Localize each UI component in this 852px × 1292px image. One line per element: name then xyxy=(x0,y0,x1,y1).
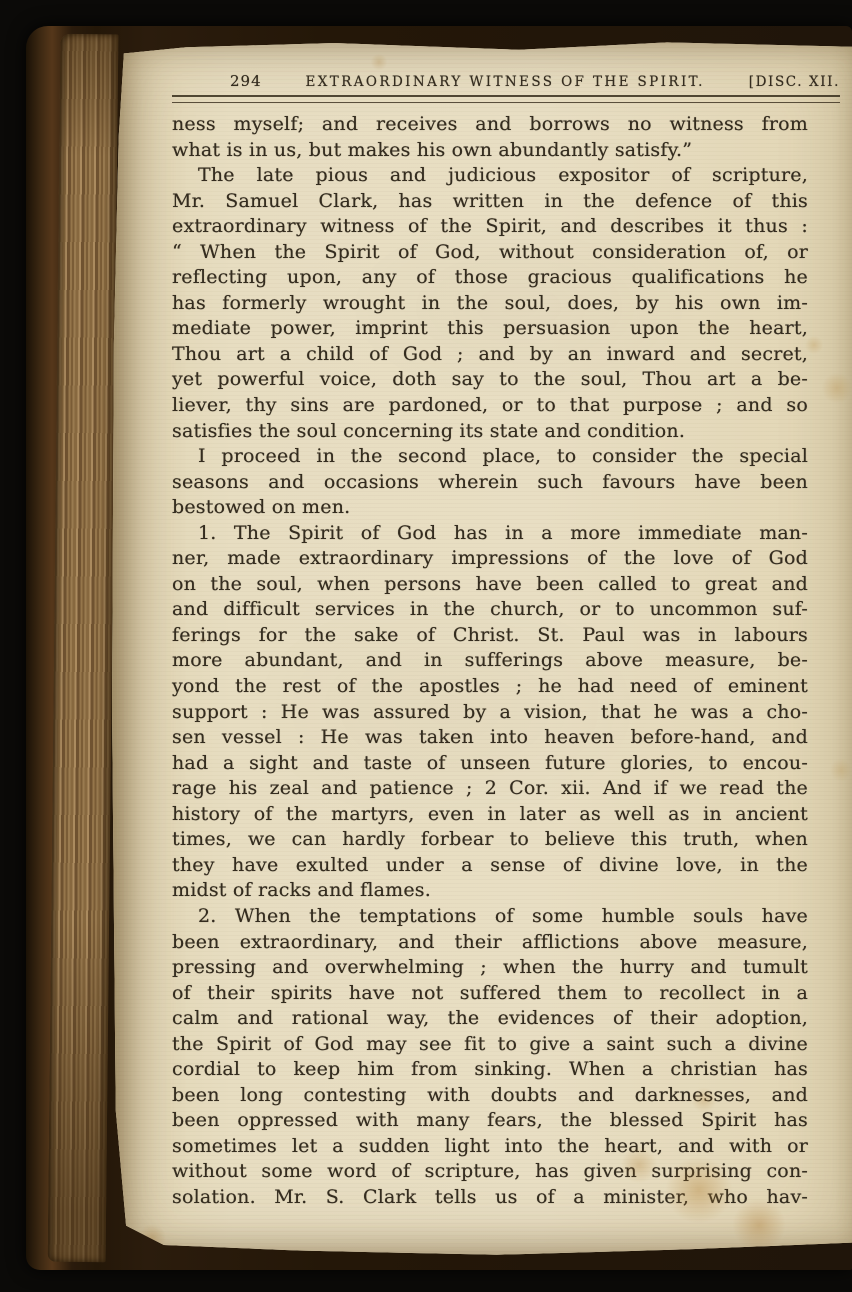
text-line: bestowed on men. xyxy=(172,495,808,521)
running-header: EXTRAORDINARY WITNESS OF THE SPIRIT. xyxy=(262,74,749,90)
text-line: been oppressed with many fears, the bles… xyxy=(172,1108,808,1134)
text-line: ner, made extraordinary impressions of t… xyxy=(172,546,808,572)
paragraph: 1. The Spirit of God has in a more immed… xyxy=(172,521,808,904)
text-line: Thou art a child of God ; and by an inwa… xyxy=(172,342,808,368)
text-line: The late pious and judicious expositor o… xyxy=(172,163,808,189)
text-line: reflecting upon, any of those gracious q… xyxy=(172,265,808,291)
text-line: midst of racks and flames. xyxy=(172,878,808,904)
page-number: 294 xyxy=(230,72,262,90)
text-line: more abundant, and in sufferings above m… xyxy=(172,648,808,674)
text-line: liever, thy sins are pardoned, or to tha… xyxy=(172,393,808,419)
text-block: ness myself; and receives and borrows no… xyxy=(172,112,808,1211)
text-line: of their spirits have not suffered them … xyxy=(172,981,808,1007)
paragraph: 2. When the temptations of some humble s… xyxy=(172,904,808,1211)
text-line: extraordinary witness of the Spirit, and… xyxy=(172,214,808,240)
text-line: been long contesting with doubts and dar… xyxy=(172,1083,808,1109)
text-line: mediate power, imprint this persuasion u… xyxy=(172,316,808,342)
text-line: they have exulted under a sense of divin… xyxy=(172,853,808,879)
text-line: rage his zeal and patience ; 2 Cor. xii.… xyxy=(172,776,808,802)
text-line: yet powerful voice, doth say to the soul… xyxy=(172,367,808,393)
text-line: seasons and occasions wherein such favou… xyxy=(172,470,808,496)
paragraph: ness myself; and receives and borrows no… xyxy=(172,112,808,163)
text-line: ferings for the sake of Christ. St. Paul… xyxy=(172,623,808,649)
text-line: solation. Mr. S. Clark tells us of a min… xyxy=(172,1185,808,1211)
text-line: been extraordinary, and their affliction… xyxy=(172,930,808,956)
section-label: [DISC. XII. xyxy=(749,74,840,90)
text-line: times, we can hardly forbear to believe … xyxy=(172,827,808,853)
text-line: has formerly wrought in the soul, does, … xyxy=(172,291,808,317)
text-line: on the soul, when persons have been call… xyxy=(172,572,808,598)
scanned-book-photo: 294 EXTRAORDINARY WITNESS OF THE SPIRIT.… xyxy=(0,0,852,1292)
text-line: history of the martyrs, even in later as… xyxy=(172,802,808,828)
paragraph: I proceed in the second place, to consid… xyxy=(172,444,808,521)
text-line: yond the rest of the apostles ; he had n… xyxy=(172,674,808,700)
book-page: 294 EXTRAORDINARY WITNESS OF THE SPIRIT.… xyxy=(112,40,852,1256)
text-line: satisfies the soul concerning its state … xyxy=(172,419,808,445)
text-line: had a sight and taste of unseen future g… xyxy=(172,751,808,777)
running-header-row: 294 EXTRAORDINARY WITNESS OF THE SPIRIT.… xyxy=(172,72,840,90)
text-line: “ When the Spirit of God, without consid… xyxy=(172,240,808,266)
text-line: what is in us, but makes his own abundan… xyxy=(172,138,808,164)
text-line: and difficult services in the church, or… xyxy=(172,597,808,623)
paragraph: The late pious and judicious expositor o… xyxy=(172,163,808,444)
text-line: support : He was assured by a vision, th… xyxy=(172,700,808,726)
text-line: 2. When the temptations of some humble s… xyxy=(172,904,808,930)
text-line: 1. The Spirit of God has in a more immed… xyxy=(172,521,808,547)
text-line: I proceed in the second place, to consid… xyxy=(172,444,808,470)
text-line: sometimes let a sudden light into the he… xyxy=(172,1134,808,1160)
page-edge-stack xyxy=(48,34,119,1263)
printed-text-area: 294 EXTRAORDINARY WITNESS OF THE SPIRIT.… xyxy=(172,72,840,1211)
text-line: sen vessel : He was taken into heaven be… xyxy=(172,725,808,751)
text-line: pressing and overwhelming ; when the hur… xyxy=(172,955,808,981)
text-line: the Spirit of God may see fit to give a … xyxy=(172,1032,808,1058)
text-line: ness myself; and receives and borrows no… xyxy=(172,112,808,138)
text-line: Mr. Samuel Clark, has written in the def… xyxy=(172,189,808,215)
text-line: calm and rational way, the evidences of … xyxy=(172,1006,808,1032)
text-line: cordial to keep him from sinking. When a… xyxy=(172,1057,808,1083)
header-rule xyxy=(172,95,840,103)
text-line: without some word of scripture, has give… xyxy=(172,1159,808,1185)
